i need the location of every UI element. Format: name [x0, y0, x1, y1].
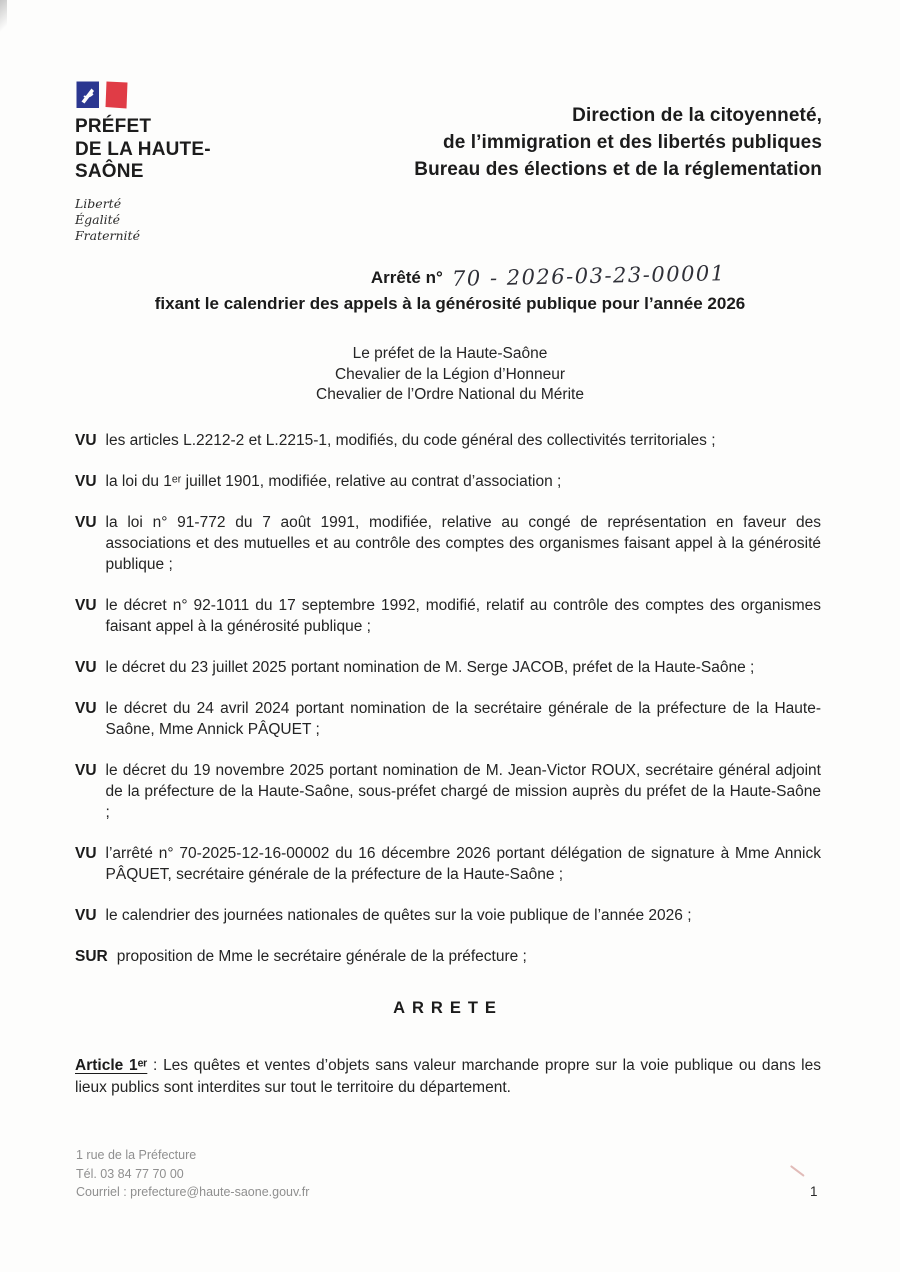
article-1-separator: : [147, 1057, 163, 1074]
direction-line: Direction de la citoyenneté, [414, 102, 822, 129]
ministry-name-line: PRÉFET [75, 116, 211, 139]
page-number: 1 [810, 1184, 818, 1199]
article-1-text: Les quêtes et ventes d’objets sans valeu… [75, 1057, 821, 1096]
clause-label: VU [75, 430, 97, 451]
vu-clause: VU la loi n° 91-772 du 7 août 1991, modi… [75, 512, 821, 575]
vu-clause: VU le décret n° 92-1011 du 17 septembre … [75, 595, 821, 637]
motto-line: Liberté [75, 196, 211, 212]
clause-label: VU [75, 657, 97, 678]
clause-label: VU [75, 698, 97, 740]
ministry-name-line: SAÔNE [75, 161, 211, 184]
motto-line: Égalité [75, 212, 211, 228]
prefect-title-line: Le préfet de la Haute-Saône [120, 344, 780, 365]
footer-phone: Tél. 03 84 77 70 00 [76, 1165, 309, 1184]
document-page: PRÉFET DE LA HAUTE- SAÔNE Liberté Égalit… [0, 0, 900, 1272]
scan-scratch-artifact [790, 1165, 804, 1176]
vu-clause: VU le décret du 19 novembre 2025 portant… [75, 760, 821, 823]
sur-clause: SUR proposition de Mme le secrétaire gén… [75, 946, 821, 967]
footer-email: Courriel : prefecture@haute-saone.gouv.f… [76, 1183, 309, 1202]
footer-address: 1 rue de la Préfecture [76, 1146, 309, 1165]
clause-text: proposition de Mme le secrétaire général… [117, 946, 821, 967]
decree-subtitle: fixant le calendrier des appels à la gén… [120, 294, 780, 314]
prefecture-contact-footer: 1 rue de la Préfecture Tél. 03 84 77 70 … [76, 1146, 309, 1202]
clause-text: l’arrêté n° 70-2025-12-16-00002 du 16 dé… [106, 843, 821, 885]
clause-text: le décret du 19 novembre 2025 portant no… [106, 760, 821, 823]
clause-label: VU [75, 512, 97, 575]
direction-line: Bureau des élections et de la réglementa… [414, 156, 822, 183]
prefect-title-line: Chevalier de la Légion d’Honneur [120, 365, 780, 386]
vu-clause: VU les articles L.2212-2 et L.2215-1, mo… [75, 430, 821, 451]
clause-text: le décret n° 92-1011 du 17 septembre 199… [106, 595, 821, 637]
vu-clause: VU la loi du 1ᵉʳ juillet 1901, modifiée,… [75, 471, 821, 492]
vu-clause: VU le décret du 23 juillet 2025 portant … [75, 657, 821, 678]
decree-title: Arrêté n° 70 - 2026-03-23-00001 fixant l… [120, 264, 780, 314]
article-1: Article 1ᵉʳ : Les quêtes et ventes d’obj… [75, 1055, 821, 1099]
republic-motto: Liberté Égalité Fraternité [75, 196, 211, 244]
vu-clause: VU l’arrêté n° 70-2025-12-16-00002 du 16… [75, 843, 821, 885]
clause-label: VU [75, 843, 97, 885]
ministry-name-line: DE LA HAUTE- [75, 139, 211, 162]
decree-number-prefix: Arrêté n° [371, 268, 443, 287]
direction-line: de l’immigration et des libertés publiqu… [414, 129, 822, 156]
vu-clause: VU le calendrier des journées nationales… [75, 905, 821, 926]
article-1-label: Article 1ᵉʳ [75, 1057, 147, 1074]
clause-text: le décret du 23 juillet 2025 portant nom… [106, 657, 821, 678]
clause-text: le décret du 24 avril 2024 portant nomin… [106, 698, 821, 740]
french-flag-marianne-icon [75, 80, 129, 110]
clause-label: VU [75, 760, 97, 823]
clause-label: VU [75, 595, 97, 637]
vu-clause: VU le décret du 24 avril 2024 portant no… [75, 698, 821, 740]
scan-edge-artifact [0, 0, 7, 34]
prefect-title-line: Chevalier de l’Ordre National du Mérite [120, 385, 780, 406]
handwritten-decree-number: 70 - 2026-03-23-00001 [451, 261, 725, 291]
clause-label: SUR [75, 946, 108, 967]
clause-text: la loi du 1ᵉʳ juillet 1901, modifiée, re… [106, 471, 821, 492]
clause-text: les articles L.2212-2 et L.2215-1, modif… [106, 430, 821, 451]
motto-line: Fraternité [75, 228, 211, 244]
decree-body: VU les articles L.2212-2 et L.2215-1, mo… [75, 430, 821, 1099]
clause-label: VU [75, 471, 97, 492]
republic-logo-block: PRÉFET DE LA HAUTE- SAÔNE Liberté Égalit… [75, 80, 211, 244]
prefect-titles: Le préfet de la Haute-Saône Chevalier de… [120, 344, 780, 406]
direction-header: Direction de la citoyenneté, de l’immigr… [414, 102, 822, 183]
clause-text: le calendrier des journées nationales de… [106, 905, 821, 926]
decree-number-line: Arrêté n° 70 - 2026-03-23-00001 [218, 264, 878, 288]
arrete-heading: ARRETE [75, 999, 821, 1018]
clause-label: VU [75, 905, 97, 926]
clause-text: la loi n° 91-772 du 7 août 1991, modifié… [106, 512, 821, 575]
